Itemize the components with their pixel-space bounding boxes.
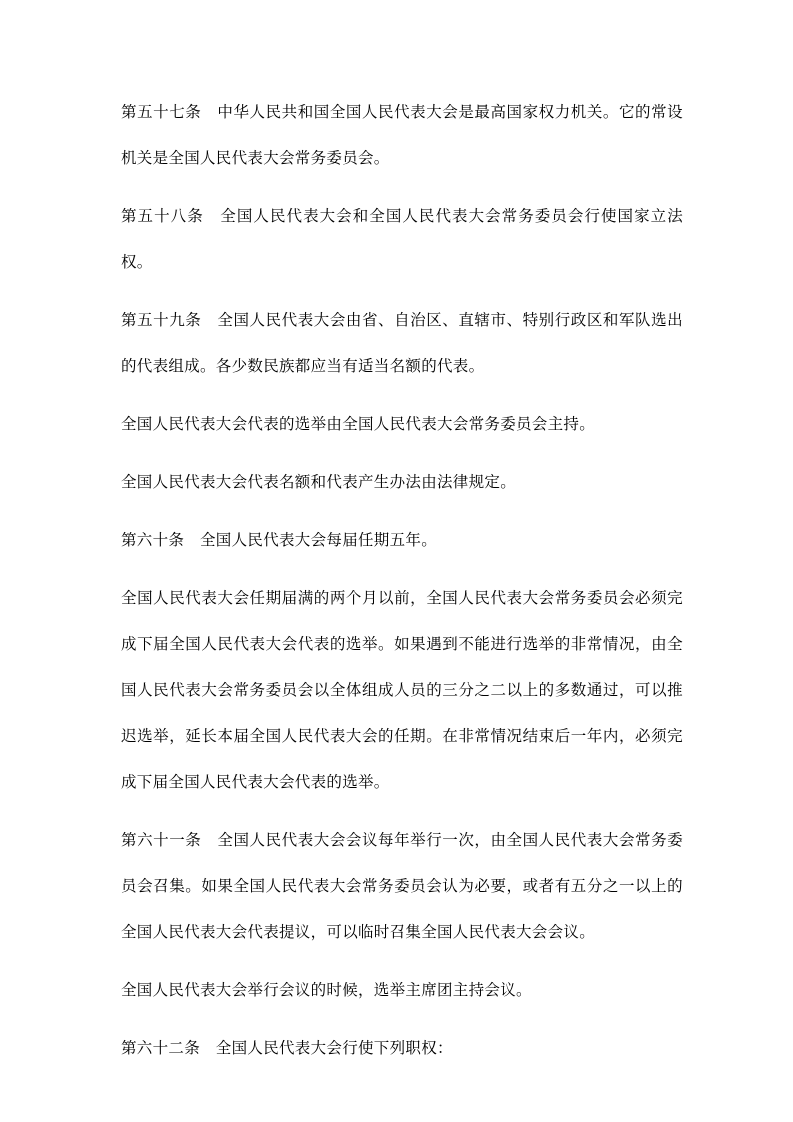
paragraph-article-60: 第六十条 全国人民代表大会每届任期五年。 [121, 518, 683, 564]
paragraph-article-59: 第五十九条 全国人民代表大会由省、自治区、直辖市、特别行政区和军队选出的代表组成… [121, 298, 683, 390]
paragraph-article-57: 第五十七条 中华人民共和国全国人民代表大会是最高国家权力机关。它的常设机关是全国… [121, 90, 683, 182]
paragraph-article-61: 第六十一条 全国人民代表大会会议每年举行一次，由全国人民代表大会常务委员会召集。… [121, 818, 683, 956]
paragraph-article-59-clause-2: 全国人民代表大会代表的选举由全国人民代表大会常务委员会主持。 [121, 402, 683, 448]
paragraph-article-60-clause-2: 全国人民代表大会任期届满的两个月以前，全国人民代表大会常务委员会必须完成下届全国… [121, 576, 683, 806]
paragraph-article-58: 第五十八条 全国人民代表大会和全国人民代表大会常务委员会行使国家立法权。 [121, 194, 683, 286]
document-page: 第五十七条 中华人民共和国全国人民代表大会是最高国家权力机关。它的常设机关是全国… [0, 0, 793, 1122]
paragraph-article-61-clause-2: 全国人民代表大会举行会议的时候，选举主席团主持会议。 [121, 968, 683, 1014]
paragraph-article-62: 第六十二条 全国人民代表大会行使下列职权： [121, 1026, 683, 1072]
paragraph-article-59-clause-3: 全国人民代表大会代表名额和代表产生办法由法律规定。 [121, 460, 683, 506]
